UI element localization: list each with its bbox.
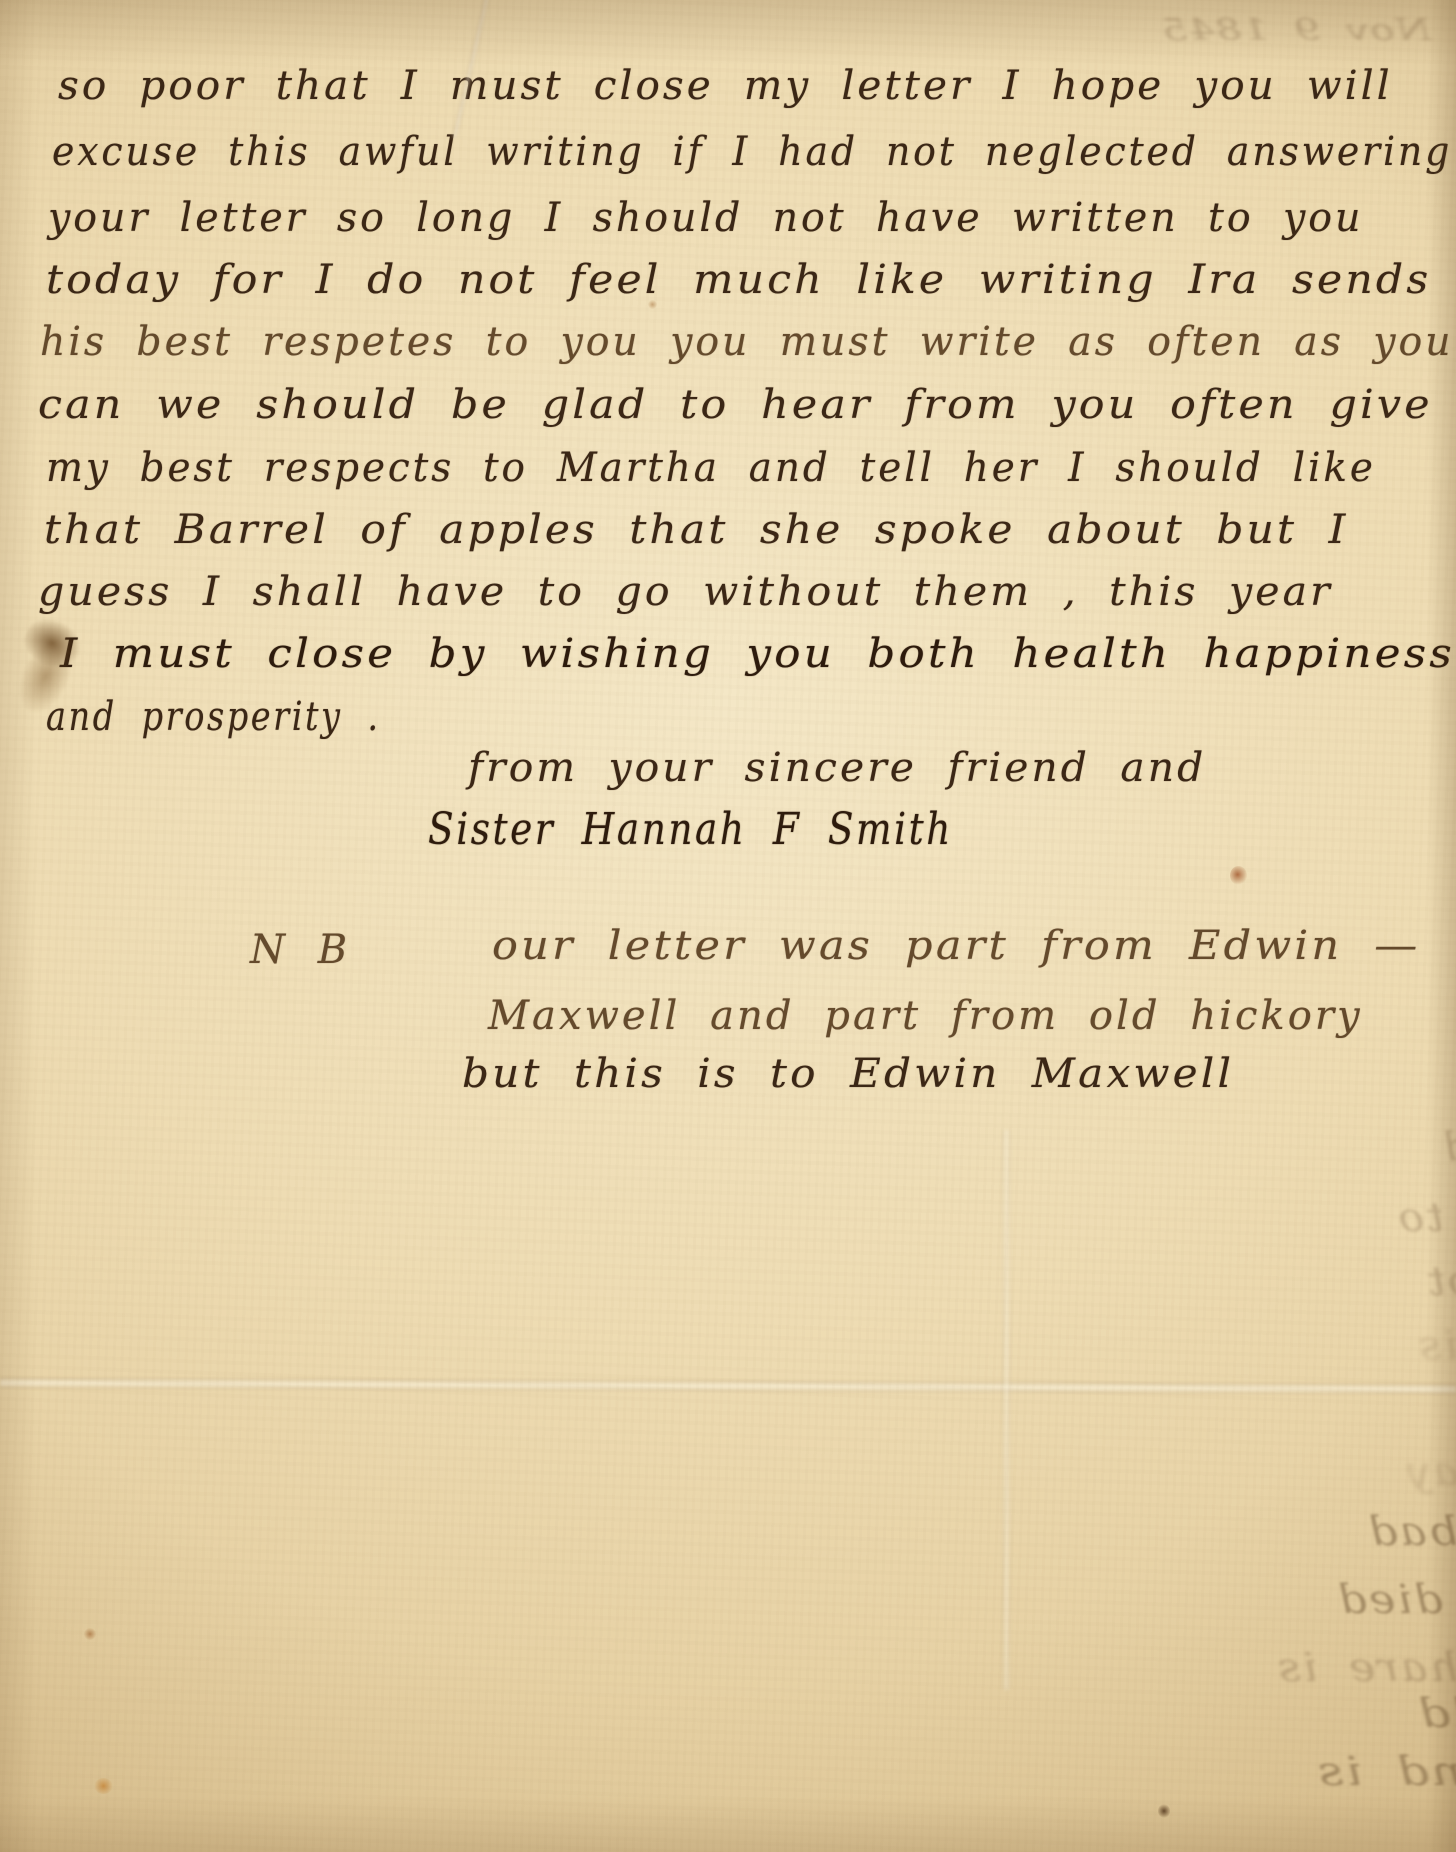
letter-line: that Barrel of apples that she spoke abo… [44, 510, 1349, 550]
bleedthrough-line: ince age to this poor house . my hand is [1316, 1752, 1456, 1792]
letter-line: so poor that I must close my letter I ho… [58, 66, 1393, 106]
bleedthrough-line: wonder if he had a fit of sickness as th… [1416, 1326, 1456, 1366]
letter-line: can we should be glad to hear from you o… [38, 385, 1433, 425]
bleedthrough-line: he has gone to work again although he is… [1396, 1198, 1456, 1238]
bleedthrough-line: we miss them and let governments share i… [1276, 1648, 1456, 1688]
letter-line: I must close by wishing you both health … [60, 634, 1455, 674]
postscript-line: Maxwell and part from old hickory [488, 996, 1363, 1036]
letter-line: your letter so long I should not have wr… [48, 198, 1363, 238]
postscript-line: but this is to Edwin Maxwell [462, 1054, 1234, 1094]
rust-spot [94, 1778, 113, 1794]
rust-spot [1230, 866, 1247, 885]
closing-line: from your sincere friend and [468, 748, 1206, 788]
bleedthrough-line: all well except myself and I have got su… [1366, 1512, 1456, 1552]
letter-line: excuse this awful writing if I had not n… [52, 132, 1452, 172]
letter-page: New Ipswich Nov 9 1845 Frances has been … [0, 0, 1456, 1852]
postscript-label: N B [250, 930, 350, 970]
bleedthrough-line: cold that I am about sick . Joe Jenny ha… [1336, 1580, 1456, 1620]
ink-spot [1158, 1804, 1170, 1818]
rust-spot [84, 1628, 96, 1640]
letter-line: and prosperity . [46, 697, 381, 737]
bleedthrough-line: if she is careful she will get well agai… [1406, 1452, 1456, 1492]
postscript-line: our letter was part from Edwin — [492, 926, 1421, 966]
horizontal-fold-crease [0, 1377, 1456, 1395]
letter-line: guess I shall have to go without them , … [38, 572, 1333, 612]
bleedthrough-line: work now and he is as contrary as ever I… [1426, 1262, 1456, 1302]
letter-line: today for I do not feel much like writin… [46, 260, 1431, 300]
bleedthrough-line: Frances has been quite sick and since he… [1442, 1128, 1456, 1168]
signature-line: Sister Hannah F Smith [428, 808, 953, 852]
vertical-fold-crease [1002, 1130, 1011, 1690]
bleedthrough-dateline: New Ipswich Nov 9 1845 [1160, 16, 1456, 46]
bleedthrough-line: the Athens mother and she is attackle an… [1416, 1694, 1456, 1734]
letter-line: my best respects to Martha and tell her … [46, 448, 1376, 488]
letter-line: his best respetes to you you must write … [40, 322, 1454, 362]
